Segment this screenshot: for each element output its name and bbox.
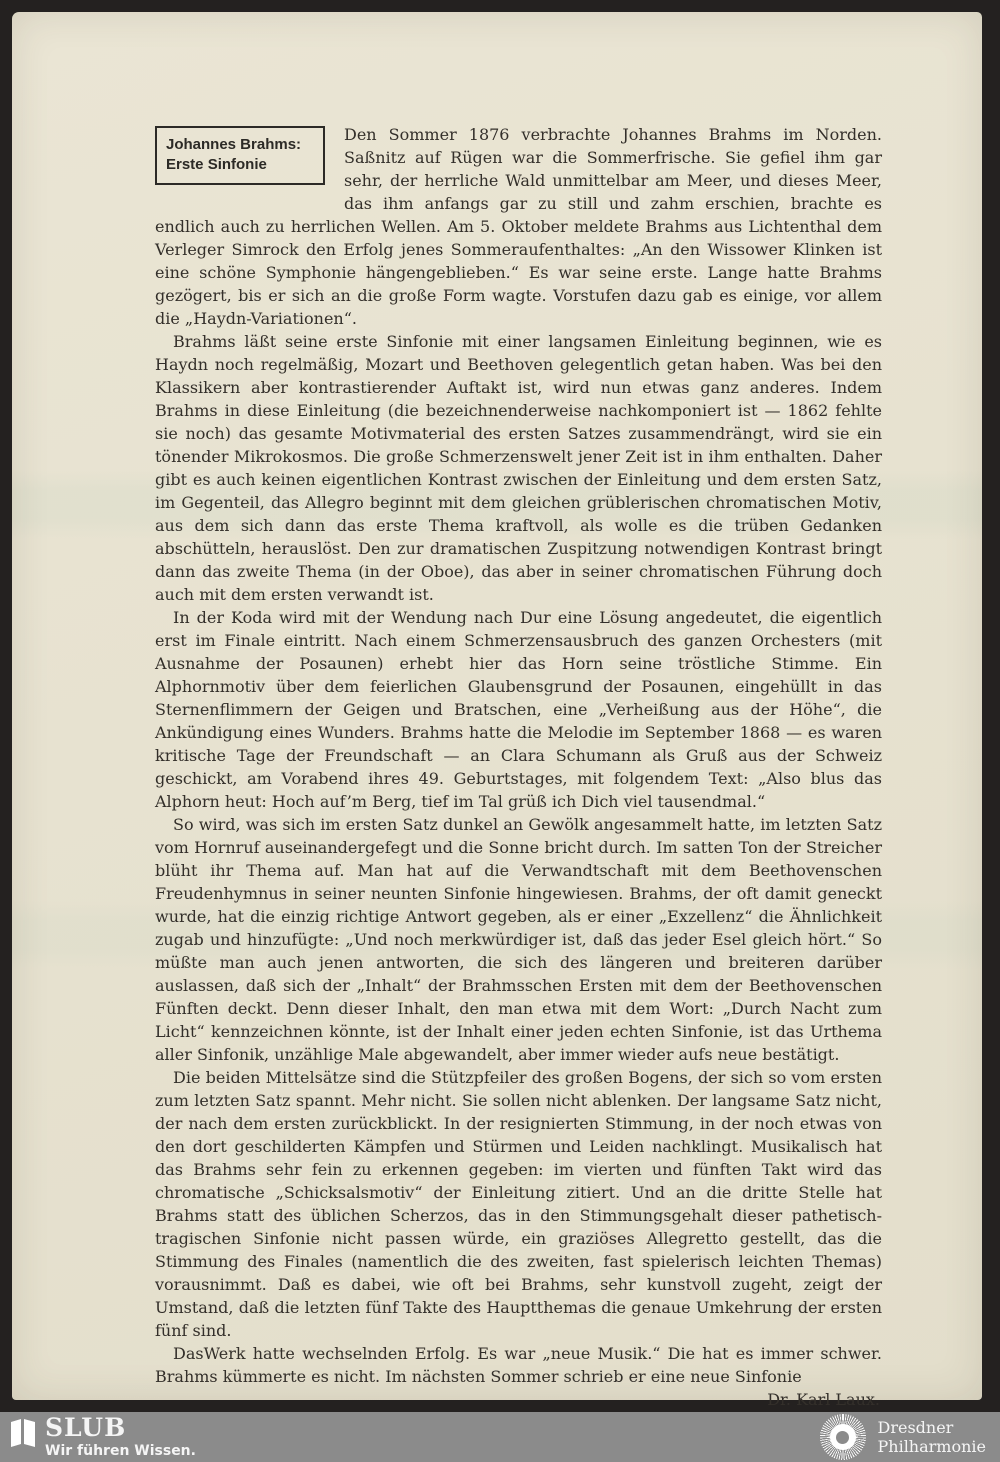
open-book-icon xyxy=(10,1418,36,1452)
slub-wordmark: SLUB xyxy=(45,1415,196,1440)
author-signature: Dr. Karl Laux. xyxy=(155,1388,882,1411)
title-infobox: Johannes Brahms: Erste Sinfonie xyxy=(155,126,325,185)
paragraph: In der Koda wird mit der Wendung nach Du… xyxy=(155,606,882,813)
scan-background: Johannes Brahms: Erste Sinfonie Den Somm… xyxy=(0,0,1000,1412)
slub-tagline: Wir führen Wissen. xyxy=(45,1443,196,1459)
paragraph: Brahms läßt seine erste Sinfonie mit ein… xyxy=(155,330,882,606)
paragraph: So wird, was sich im ersten Satz dunkel … xyxy=(155,813,882,1066)
branding-footer: SLUB Wir führen Wissen. Dresdner Philhar… xyxy=(0,1412,1000,1462)
paragraph: DasWerk hatte wechselnden Erfolg. Es war… xyxy=(155,1342,882,1388)
philharmonie-name: Dresdner Philharmonie xyxy=(878,1418,987,1456)
scanned-document-page: Johannes Brahms: Erste Sinfonie Den Somm… xyxy=(12,12,982,1400)
starburst-icon xyxy=(820,1414,866,1460)
title-line-author: Johannes Brahms: xyxy=(166,135,314,155)
philharmonie-line1: Dresdner xyxy=(878,1418,987,1437)
philharmonie-logo: Dresdner Philharmonie xyxy=(820,1414,987,1460)
philharmonie-line2: Philharmonie xyxy=(878,1437,987,1456)
slub-text: SLUB Wir führen Wissen. xyxy=(45,1415,196,1459)
slub-logo: SLUB Wir führen Wissen. xyxy=(10,1415,196,1459)
text-column: Johannes Brahms: Erste Sinfonie Den Somm… xyxy=(155,123,882,1411)
title-line-work: Erste Sinfonie xyxy=(166,155,314,175)
paragraph: Die beiden Mittelsätze sind die Stützpfe… xyxy=(155,1066,882,1342)
